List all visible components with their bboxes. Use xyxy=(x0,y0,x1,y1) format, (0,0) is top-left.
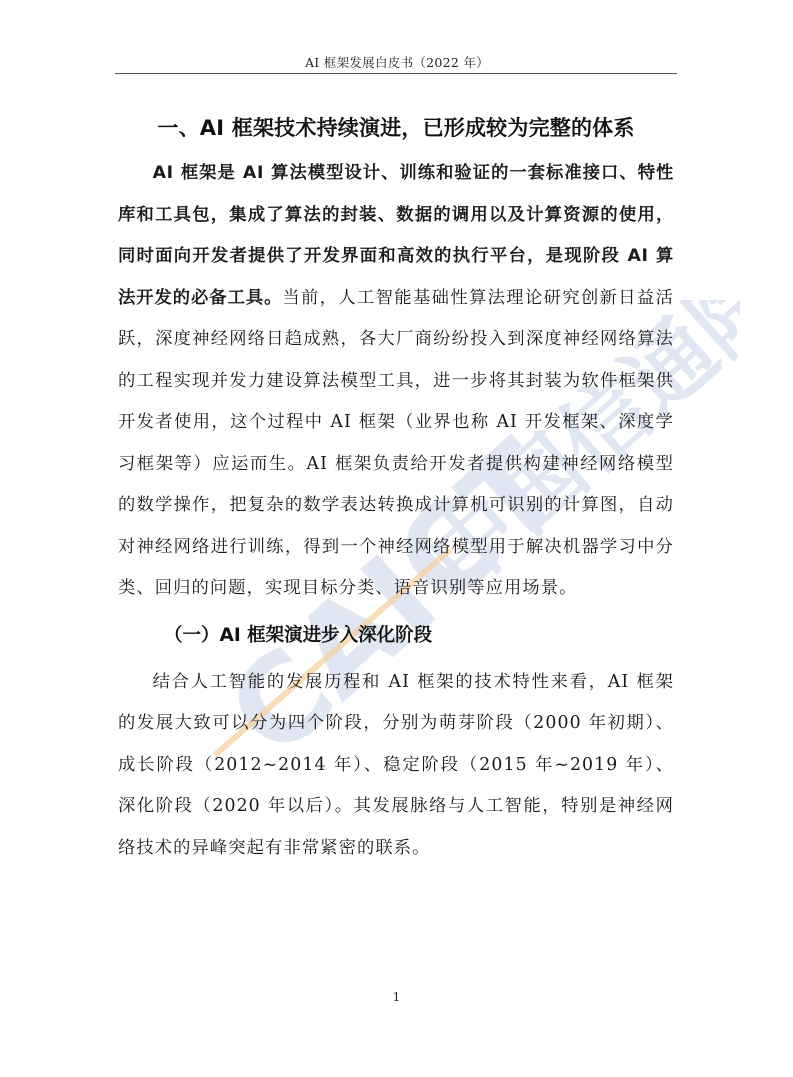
section-title: 一、AI 框架技术持续演进，已形成较为完整的体系 xyxy=(118,100,674,151)
subsection-title: （一）AI 框架演进步入深化阶段 xyxy=(118,610,674,662)
section-paragraph: AI 框架是 AI 算法模型设计、训练和验证的一套标准接口、特性库和工具包，集成… xyxy=(118,153,674,610)
subsection-paragraph: 结合人工智能的发展历程和 AI 框架的技术特性来看，AI 框架的发展大致可以分为… xyxy=(118,662,674,870)
page-number: 1 xyxy=(0,990,793,1004)
document-body: 一、AI 框架技术持续演进，已形成较为完整的体系 AI 框架是 AI 算法模型设… xyxy=(118,100,674,869)
paragraph-body: 当前，人工智能基础性算法理论研究创新日益活跃，深度神经网络日趋成熟，各大厂商纷纷… xyxy=(118,288,674,599)
paragraph-bold-lead: AI 框架是 AI 算法模型设计、训练和验证的一套标准接口、特性库和工具包，集成… xyxy=(118,163,674,308)
header-divider xyxy=(115,73,677,74)
document-page: CAICT 中国信通院 AI 框架发展白皮书（2022 年） 一、AI 框架技术… xyxy=(0,0,793,1077)
running-header: AI 框架发展白皮书（2022 年） xyxy=(118,53,676,71)
